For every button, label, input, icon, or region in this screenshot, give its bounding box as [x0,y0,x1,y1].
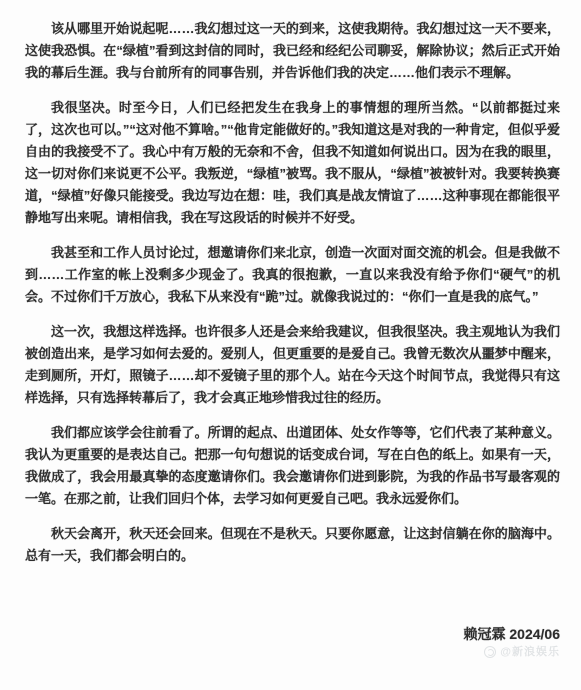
watermark-label: @新浪娱乐 [500,645,560,659]
letter-paragraph-2: 我很坚决。时至今日，人们已经把发生在我身上的事情想的理所当然。“以前都挺过来了，… [25,97,560,229]
letter-paragraph-1: 该从哪里开始说起呢……我幻想过这一天的到来，这使我期待。我幻想过这一天不要来，这… [25,18,560,84]
letter-paragraph-4: 这一次，我想这样选择。也许很多人还是会来给我建议，但我很坚决。我主观地认为我们被… [25,321,560,409]
signature: 赖冠霖 2024/06 [25,624,560,644]
watermark: @新浪娱乐 [25,645,560,659]
letter-paragraph-5: 我们都应该学会往前看了。所谓的起点、出道团体、处女作等等，它们代表了某种意义。我… [25,422,560,510]
letter-paragraph-6: 秋天会离开，秋天还会回来。但现在不是秋天。只要你愿意，让这封信躺在你的脑海中。总… [25,523,560,567]
weibo-logo-icon [484,646,496,658]
letter-paragraph-3: 我甚至和工作人员讨论过，想邀请你们来北京，创造一次面对面交流的机会。但是我做不到… [25,242,560,308]
letter-document: 该从哪里开始说起呢……我幻想过这一天的到来，这使我期待。我幻想过这一天不要来，这… [0,0,581,690]
letter-body: 该从哪里开始说起呢……我幻想过这一天的到来，这使我期待。我幻想过这一天不要来，这… [25,18,560,659]
